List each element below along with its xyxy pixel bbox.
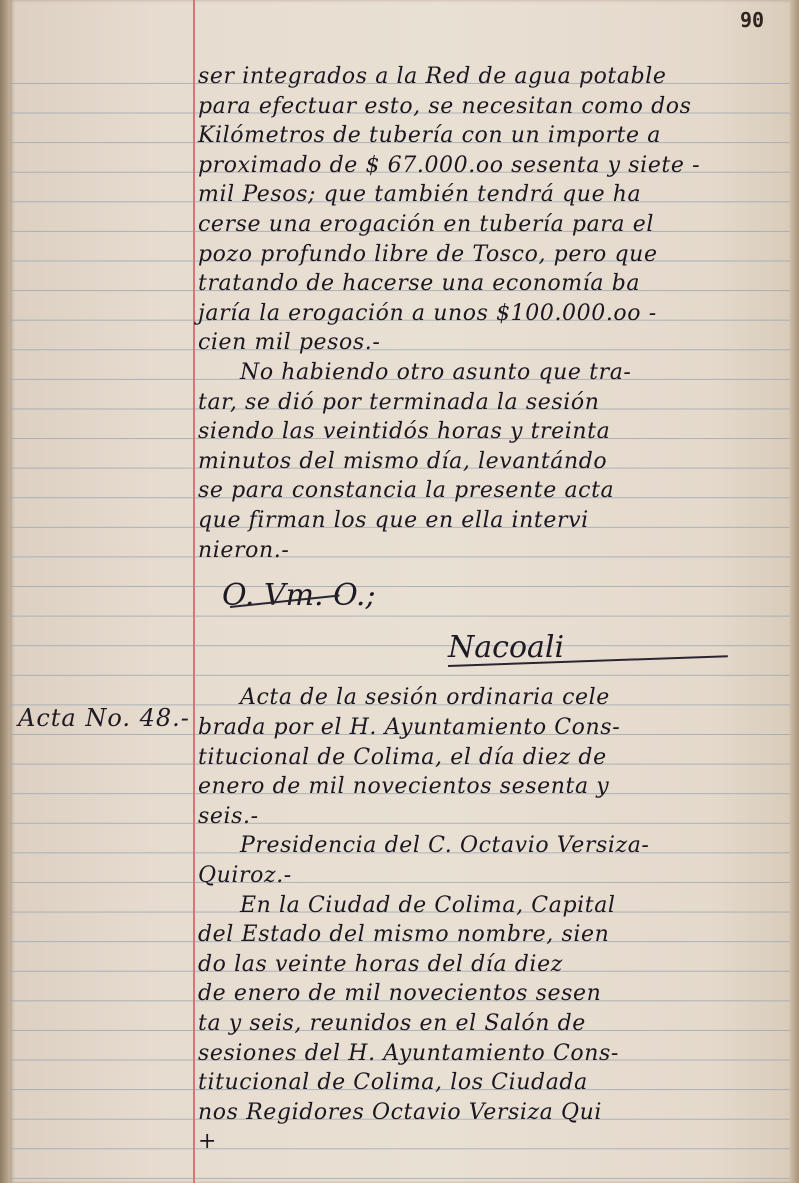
text-line: brada por el H. Ayuntamiento Cons-: [198, 713, 778, 743]
text-line: En la Ciudad de Colima, Capital: [198, 891, 778, 921]
text-line: Quiroz.-: [198, 861, 778, 891]
text-line: que firman los que en ella intervi: [198, 506, 778, 536]
text-line: tratando de hacerse una economía ba: [198, 269, 778, 299]
text-line: para efectuar esto, se necesitan como do…: [198, 92, 778, 122]
text-line: titucional de Colima, el día diez de: [198, 743, 778, 773]
text-line: jaría la erogación a unos $100.000.oo -: [198, 299, 778, 329]
margin-note-acta-number: Acta No. 48.-: [18, 704, 190, 732]
text-line: Acta de la sesión ordinaria cele: [198, 683, 778, 713]
text-line: sesiones del H. Ayuntamiento Cons-: [198, 1039, 778, 1069]
text-line: minutos del mismo día, levantándo: [198, 447, 778, 477]
text-line: nieron.-: [198, 536, 778, 566]
text-line: do las veinte horas del día diez: [198, 950, 778, 980]
text-line: Kilómetros de tubería con un importe a: [198, 121, 778, 151]
text-line: de enero de mil novecientos sesen: [198, 979, 778, 1009]
page-number: 90: [740, 8, 764, 32]
text-line: Presidencia del C. Octavio Versiza-: [198, 831, 778, 861]
text-line: tar, se dió por terminada la sesión: [198, 388, 778, 418]
signature-2: Nacoali: [448, 630, 564, 665]
book-spine: [0, 0, 10, 1183]
text-line: pozo profundo libre de Tosco, pero que: [198, 240, 778, 270]
signature-1: O. Vm. O.;: [222, 578, 376, 613]
text-line: ser integrados a la Red de agua potable: [198, 62, 778, 92]
text-line: No habiendo otro asunto que tra-: [198, 358, 778, 388]
text-line: del Estado del mismo nombre, sien: [198, 920, 778, 950]
text-line: proximado de $ 67.000.oo sesenta y siete…: [198, 151, 778, 181]
text-line: siendo las veintidós horas y treinta: [198, 417, 778, 447]
text-line: cerse una erogación en tubería para el: [198, 210, 778, 240]
text-line: se para constancia la presente acta: [198, 476, 778, 506]
text-line: titucional de Colima, los Ciudada: [198, 1068, 778, 1098]
text-line: mil Pesos; que también tendrá que ha: [198, 180, 778, 210]
text-line: nos Regidores Octavio Versiza Qui: [198, 1098, 778, 1128]
text-line: cien mil pesos.-: [198, 328, 778, 358]
text-line: +: [198, 1127, 778, 1157]
page-edge: [790, 0, 799, 1183]
margin-line: [193, 0, 195, 1183]
text-line: seis.-: [198, 802, 778, 832]
text-line: enero de mil novecientos sesenta y: [198, 772, 778, 802]
text-line: ta y seis, reunidos en el Salón de: [198, 1009, 778, 1039]
